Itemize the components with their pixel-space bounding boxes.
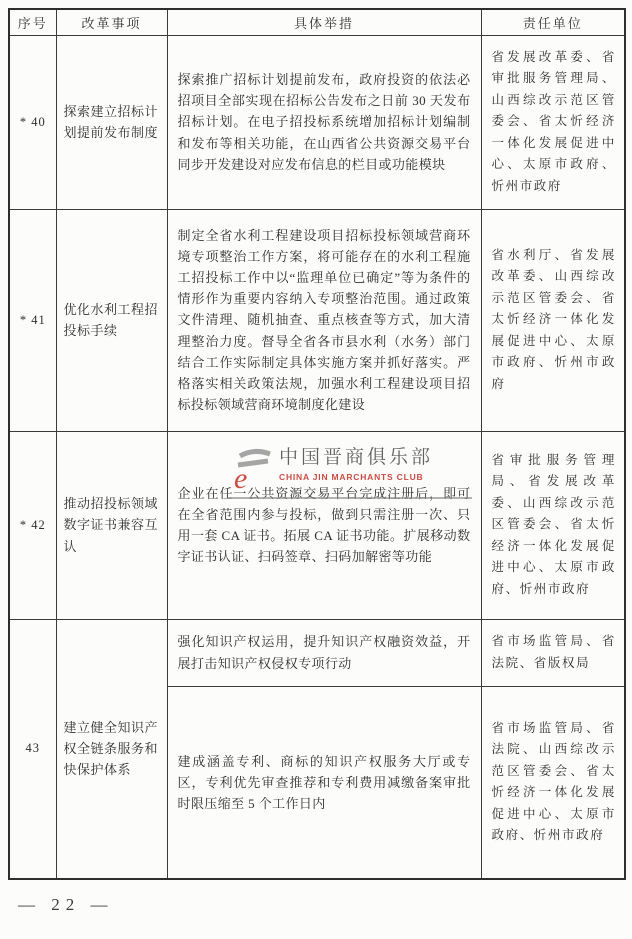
unit-cell: 省市场监管局、省法院、山西综改示范区管委会、省太忻经济一体化发展促进中心、太原市… (481, 686, 625, 879)
reform-measures-table: 序号 改革事项 具体举措 责任单位 * 40 探索建立招标计划提前发布制度 探索… (8, 8, 626, 880)
table-row: * 40 探索建立招标计划提前发布制度 探索推广招标计划提前发布，政府投资的依法… (9, 35, 625, 209)
col-header-responsible-unit: 责任单位 (481, 9, 625, 35)
table-row: * 42 推动招投标领域数字证书兼容互认 企业在任一公共资源交易平台完成注册后，… (9, 431, 625, 619)
row-number-cell: * 42 (9, 431, 56, 619)
measure-cell: 探索推广招标计划提前发布，政府投资的依法必招项目全部实现在招标公告发布之日前 3… (167, 35, 481, 209)
col-header-measures: 具体举措 (167, 9, 481, 35)
row-number-cell: * 40 (9, 35, 56, 209)
measure-cell: 企业在任一公共资源交易平台完成注册后，即可在全省范围内参与投标，做到只需注册一次… (167, 431, 481, 619)
measure-cell: 制定全省水利工程建设项目招标投标领域营商环境专项整治工作方案，将可能存在的水利工… (167, 209, 481, 431)
measure-cell: 强化知识产权运用，提升知识产权融资效益，开展打击知识产权侵权专项行动 (167, 619, 481, 686)
table-header-row: 序号 改革事项 具体举措 责任单位 (9, 9, 625, 35)
col-header-reform-item: 改革事项 (56, 9, 167, 35)
measure-cell: 建成涵盖专利、商标的知识产权服务大厅或专区，专利优先审查推荐和专利费用减缴备案审… (167, 686, 481, 879)
page-number: — 22 — (18, 895, 114, 915)
row-number-cell: * 41 (9, 209, 56, 431)
unit-cell: 省水利厅、省发展改革委、山西综改示范区管委会、省太忻经济一体化发展促进中心、太原… (481, 209, 625, 431)
unit-cell: 省市场监管局、省法院、省版权局 (481, 619, 625, 686)
col-header-number: 序号 (9, 9, 56, 35)
reform-item-cell: 优化水利工程招投标手续 (56, 209, 167, 431)
reform-item-cell: 探索建立招标计划提前发布制度 (56, 35, 167, 209)
reform-item-cell: 推动招投标领域数字证书兼容互认 (56, 431, 167, 619)
unit-cell: 省发展改革委、省审批服务管理局、山西综改示范区管委会、省太忻经济一体化发展促进中… (481, 35, 625, 209)
table-row: * 41 优化水利工程招投标手续 制定全省水利工程建设项目招标投标领域营商环境专… (9, 209, 625, 431)
reform-item-cell: 建立健全知识产权全链条服务和快保护体系 (56, 619, 167, 879)
row-number-cell: 43 (9, 619, 56, 879)
document-page: 序号 改革事项 具体举措 责任单位 * 40 探索建立招标计划提前发布制度 探索… (0, 0, 632, 939)
table-row: 43 建立健全知识产权全链条服务和快保护体系 强化知识产权运用，提升知识产权融资… (9, 619, 625, 686)
unit-cell: 省审批服务管理局、省发展改革委、山西综改示范区管委会、省太忻经济一体化发展促进中… (481, 431, 625, 619)
